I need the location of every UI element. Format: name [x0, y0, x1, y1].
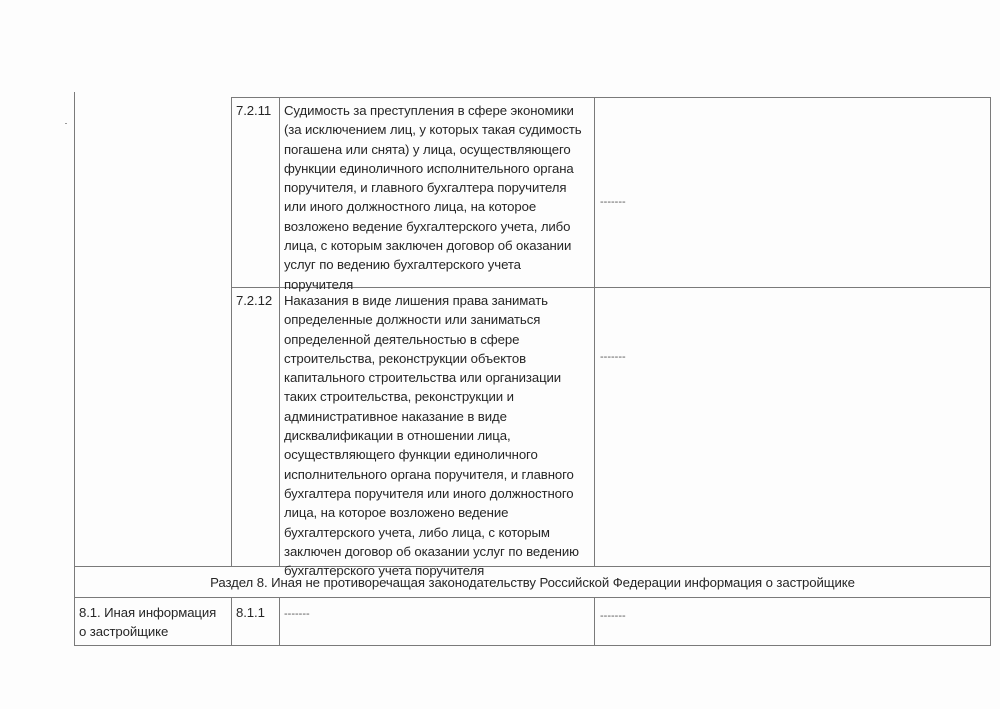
section-value-column-border	[594, 597, 595, 646]
section-header: Раздел 8. Иная не противоречащая законод…	[74, 573, 991, 592]
section-row-top-border	[74, 597, 991, 598]
row-value: -------	[600, 193, 626, 212]
section-row-value: -------	[600, 607, 626, 626]
table-right-border	[990, 97, 991, 646]
document-page: 7.2.11 Судимость за преступления в сфере…	[0, 0, 1000, 709]
value-column-border	[594, 97, 595, 566]
section-row-number: 8.1.1	[236, 603, 265, 622]
row-description: Судимость за преступления в сфере эконом…	[284, 101, 594, 294]
table-left-border	[74, 92, 75, 646]
section-description-column-border	[279, 597, 280, 646]
row-7-2-11-top-border	[231, 97, 991, 98]
row-description: Наказания в виде лишения права занимать …	[284, 291, 594, 580]
row-number: 7.2.12	[236, 291, 272, 310]
table-bottom-border	[74, 645, 991, 646]
row-number: 7.2.11	[236, 101, 271, 120]
scan-speck	[65, 123, 67, 124]
section-category: 8.1. Иная информация о застройщике	[79, 603, 229, 642]
description-column-border	[279, 97, 280, 566]
section-number-column-border	[231, 597, 232, 646]
section-row-description: -------	[284, 605, 310, 624]
row-value: -------	[600, 348, 626, 367]
number-column-border	[231, 97, 232, 566]
